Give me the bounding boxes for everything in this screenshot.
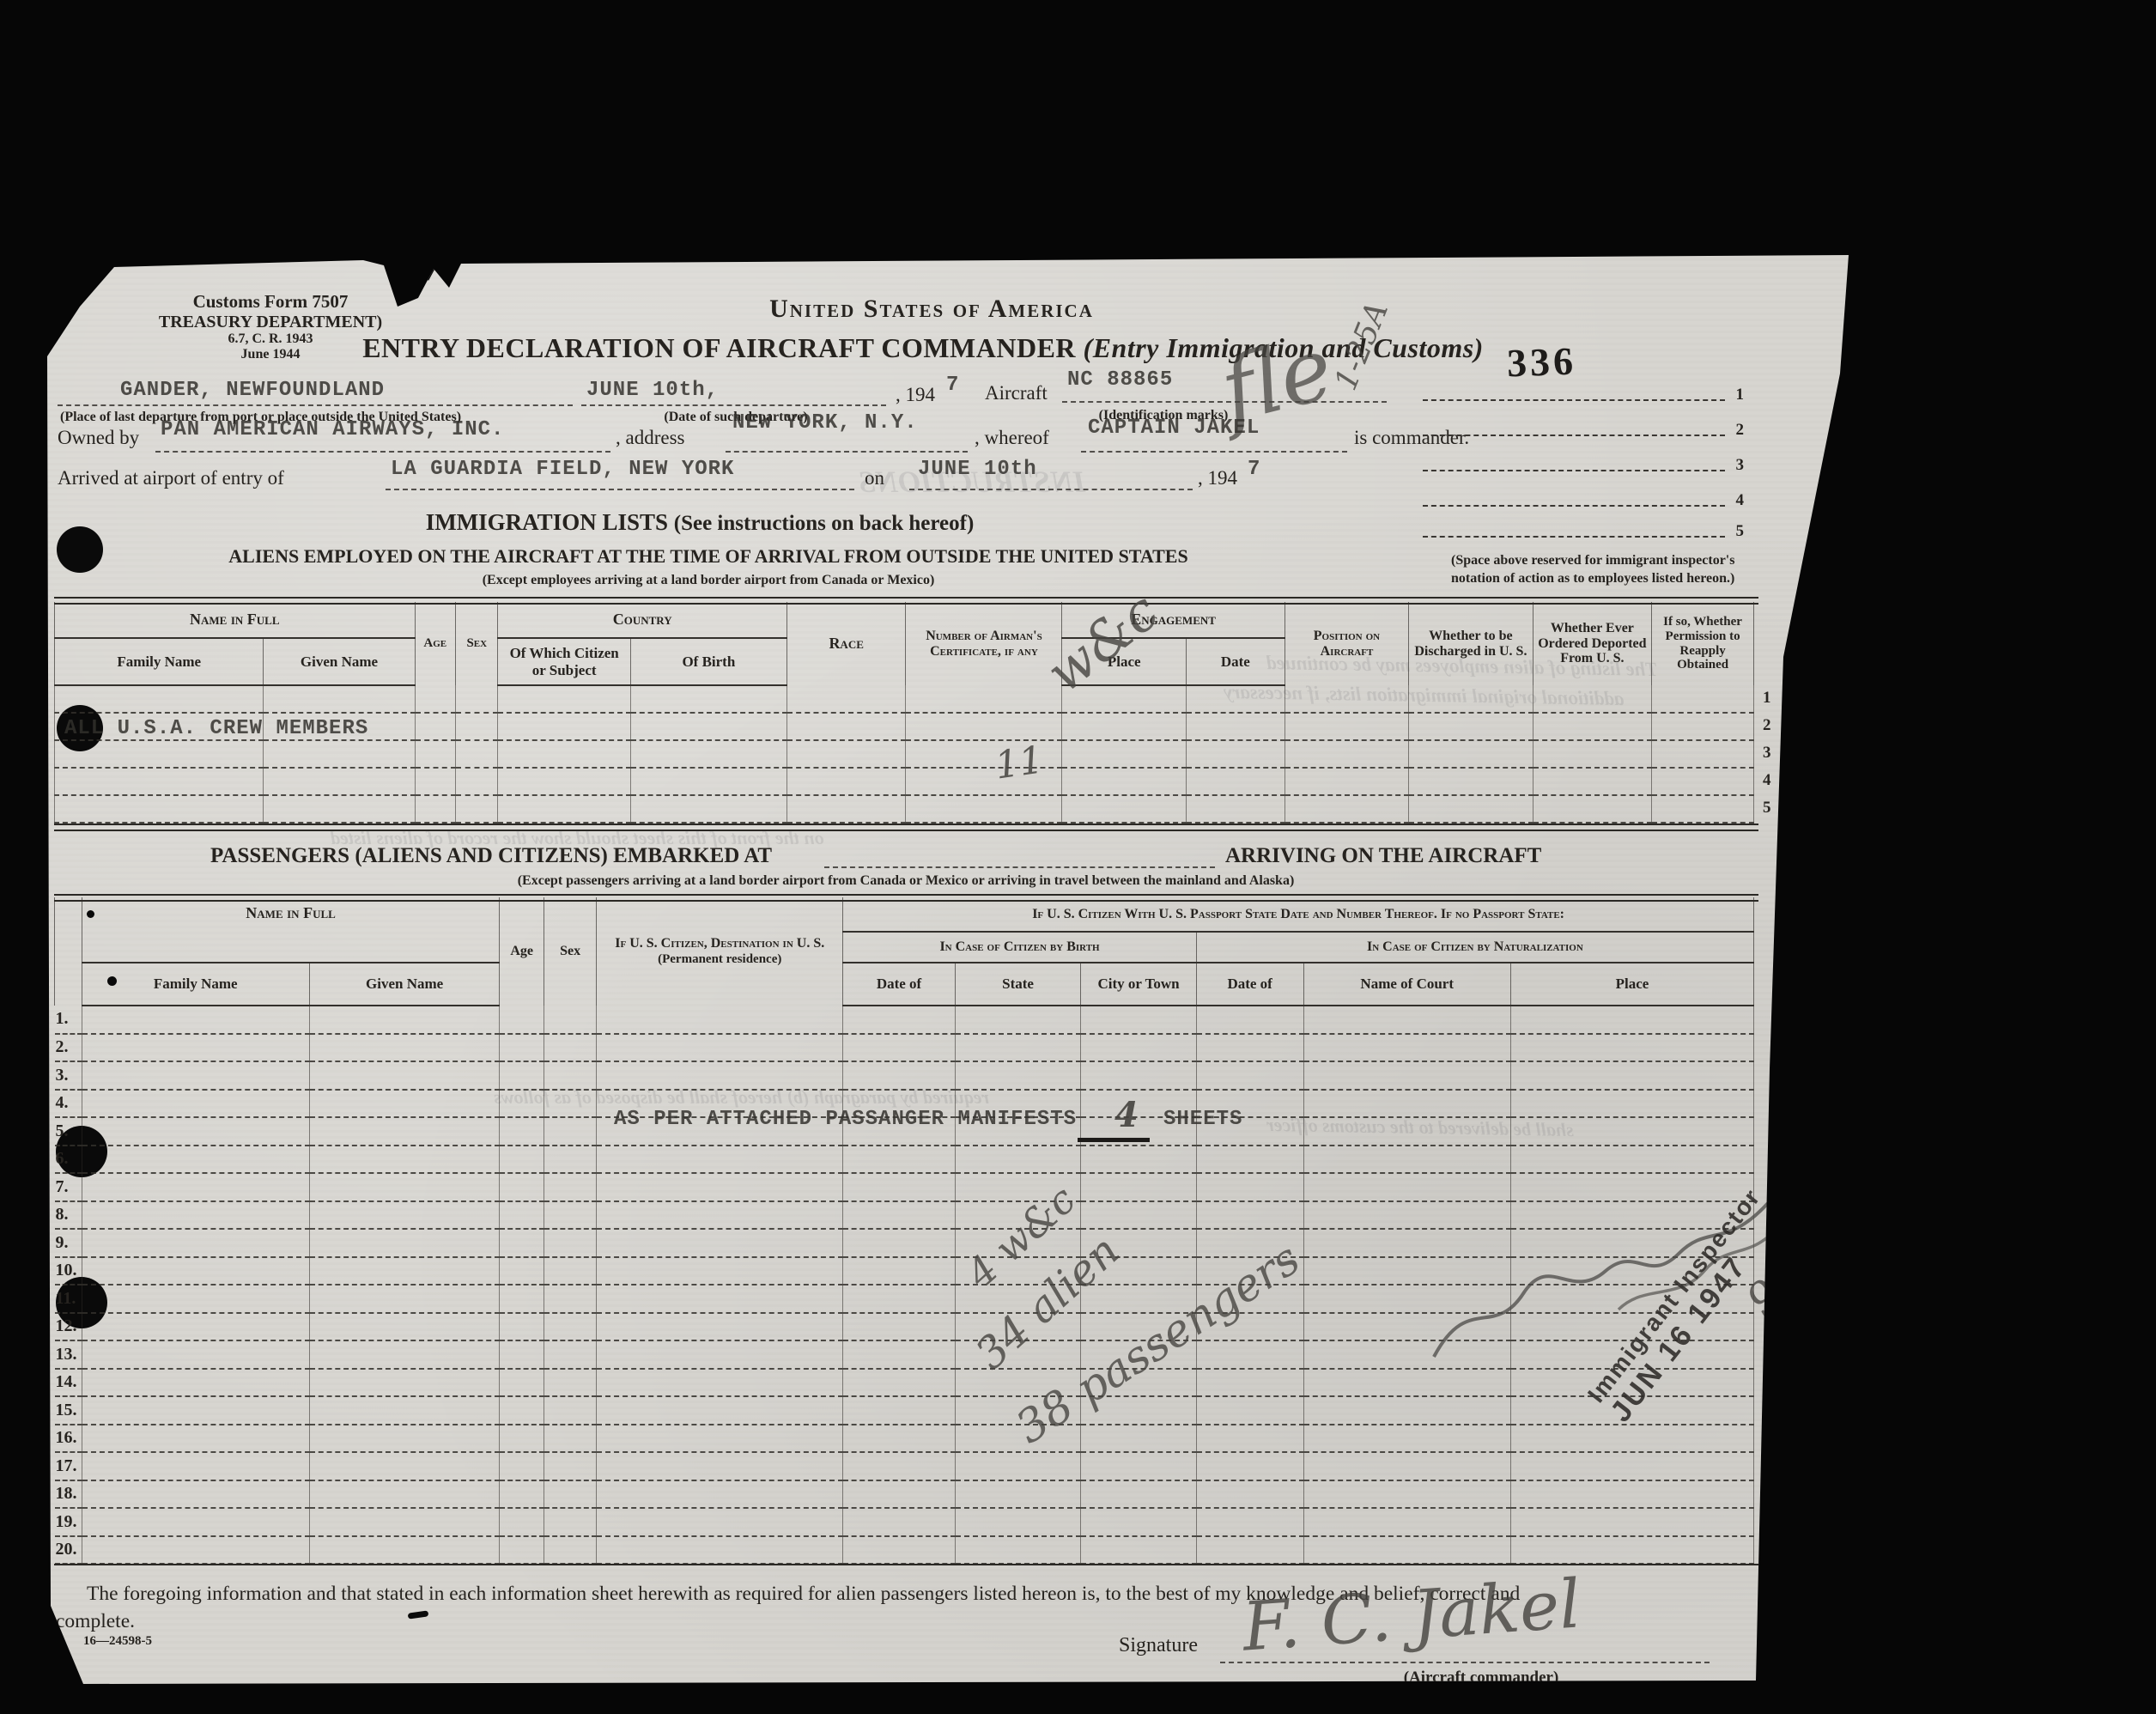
crew-cell	[55, 768, 264, 795]
passenger-table-bottom-rule	[54, 1564, 1758, 1565]
immigration-lists-title-paren: (See instructions on back hereof)	[674, 512, 975, 535]
crew-col-airman-cert: Number of Airman's Certificate, if any	[906, 602, 1062, 685]
passenger-col-name-group: Name in Full	[82, 897, 500, 963]
destination-sub: (Permanent residence)	[658, 952, 781, 966]
aircraft-commander-label: (Aircraft commander)	[1352, 1668, 1610, 1687]
crew-row-number: 3	[1763, 740, 1771, 768]
passenger-cell	[500, 1201, 544, 1230]
passenger-cell	[544, 1229, 596, 1257]
passenger-col-birth-state: State	[955, 963, 1080, 1006]
manifest-sheets-underline	[1078, 1138, 1150, 1142]
crew-col-race: Race	[786, 602, 906, 685]
commander-value: CAPTAIN JAKEL	[1088, 416, 1260, 440]
passenger-cell	[597, 1229, 843, 1257]
crew-cell	[906, 795, 1062, 823]
passenger-cell	[843, 1536, 956, 1565]
passenger-cell	[843, 1340, 956, 1369]
passenger-row-number: 11.	[55, 1285, 82, 1313]
field-line	[581, 403, 886, 406]
passenger-cell	[843, 1201, 956, 1230]
passenger-cell	[1196, 1396, 1303, 1425]
crew-row-number: 1	[1763, 685, 1771, 713]
passenger-cell	[1196, 1034, 1303, 1062]
passenger-cell	[1196, 1369, 1303, 1397]
crew-cell	[1533, 795, 1652, 823]
crew-row-numbers: 12345	[1763, 685, 1771, 823]
passenger-cell	[843, 1257, 956, 1285]
crew-col-name-group: Name in Full	[55, 602, 416, 638]
crew-cell	[630, 713, 786, 740]
passenger-cell	[544, 1396, 596, 1425]
signature-label: Signature	[1119, 1634, 1198, 1657]
passenger-row-number: 6.	[55, 1146, 82, 1174]
numbered-margin-line: 3	[1423, 468, 1725, 471]
numbered-margin-line: 5	[1423, 534, 1725, 538]
passenger-cell	[544, 1313, 596, 1341]
crew-cell	[630, 685, 786, 713]
manifest-note-post: SHEETS	[1163, 1108, 1242, 1131]
passenger-cell	[544, 1452, 596, 1480]
crew-col-citizen-of: Of Which Citizen or Subject	[498, 638, 630, 685]
passenger-col-sex: Sex	[544, 897, 596, 1006]
passenger-table-row: 19.	[55, 1508, 1754, 1536]
passenger-row-number: 16.	[55, 1425, 82, 1453]
passenger-cell	[1196, 1480, 1303, 1509]
crew-cell	[498, 795, 630, 823]
passenger-col-rownum	[55, 897, 82, 1006]
passenger-cell	[843, 1452, 956, 1480]
passenger-row-number: 10.	[55, 1257, 82, 1285]
ghost-text-line: INSTRUCTIONS	[859, 464, 1085, 500]
owned-by-label: Owned by	[58, 427, 139, 449]
crew-cell	[1062, 795, 1186, 823]
field-line	[386, 487, 854, 490]
passenger-cell	[82, 1285, 309, 1313]
passenger-cell	[500, 1061, 544, 1090]
crew-cell	[1284, 713, 1408, 740]
form-number: Customs Form 7507	[120, 292, 421, 313]
passenger-cell	[843, 1425, 956, 1453]
passenger-col-destination: If U. S. Citizen, Destination in U. S. (…	[597, 897, 843, 1006]
footer-statement-line2: complete.	[56, 1610, 135, 1633]
passenger-row-number: 12.	[55, 1313, 82, 1341]
crew-table-row	[55, 795, 1754, 823]
passenger-cell	[597, 1313, 843, 1341]
passenger-cell	[1303, 1146, 1510, 1174]
passenger-cell	[309, 1201, 500, 1230]
crew-row-number: 4	[1763, 768, 1771, 795]
passenger-row-number: 8.	[55, 1201, 82, 1230]
passenger-cell	[309, 1340, 500, 1369]
passenger-cell	[1081, 1536, 1197, 1565]
passenger-cell	[500, 1480, 544, 1509]
passenger-table-row: 2.	[55, 1034, 1754, 1062]
crew-cell	[786, 713, 906, 740]
crew-cell	[786, 768, 906, 795]
treasury-department: TREASURY DEPARTMENT)	[120, 313, 421, 331]
crew-col-reapply: If so, Whether Permission to Reapply Obt…	[1652, 602, 1754, 685]
passenger-col-nat-place: Place	[1510, 963, 1753, 1006]
aircraft-value: NC 88865	[1067, 368, 1173, 392]
crew-cell	[1186, 795, 1284, 823]
crew-cell	[906, 685, 1062, 713]
passenger-col-age: Age	[500, 897, 544, 1006]
passenger-cell	[544, 1117, 596, 1146]
passenger-cell	[309, 1257, 500, 1285]
passenger-cell	[1196, 1201, 1303, 1230]
passenger-cell	[597, 1425, 843, 1453]
passenger-cell	[843, 1369, 956, 1397]
passenger-row-number: 4.	[55, 1090, 82, 1118]
passenger-cell	[1303, 1536, 1510, 1565]
passenger-cell	[843, 1396, 956, 1425]
crew-cell	[1533, 768, 1652, 795]
passenger-cell	[1081, 1508, 1197, 1536]
passenger-cell	[82, 1146, 309, 1174]
crew-table-grid: Name in Full Age Sex Country Race Number…	[54, 602, 1754, 824]
crew-note-value: ALL U.S.A. CREW MEMBERS	[64, 717, 368, 740]
passenger-cell	[955, 1146, 1080, 1174]
ink-smudge	[408, 1610, 429, 1619]
passenger-cell	[500, 1285, 544, 1313]
passenger-col-nat-date: Date of	[1196, 963, 1303, 1006]
passenger-table-row: 17.	[55, 1452, 1754, 1480]
passenger-col-given-name: Given Name	[309, 963, 500, 1006]
passenger-cell	[500, 1313, 544, 1341]
passenger-table-row: 18.	[55, 1480, 1754, 1509]
whereof-label: , whereof	[975, 427, 1049, 449]
crew-cell	[1284, 795, 1408, 823]
passenger-cell	[843, 1508, 956, 1536]
passenger-cell	[309, 1369, 500, 1397]
passenger-col-family-name: Family Name	[82, 963, 309, 1006]
passenger-cell	[955, 1536, 1080, 1565]
crew-cell	[498, 768, 630, 795]
crew-col-age: Age	[415, 602, 455, 685]
passenger-cell	[82, 1173, 309, 1201]
field-line	[155, 449, 610, 453]
passenger-cell	[597, 1396, 843, 1425]
passenger-row-number: 7.	[55, 1173, 82, 1201]
passenger-cell	[1196, 1425, 1303, 1453]
passenger-cell	[544, 1146, 596, 1174]
passenger-cell	[955, 1452, 1080, 1480]
passenger-cell	[500, 1396, 544, 1425]
passenger-cell	[82, 1034, 309, 1062]
passenger-cell	[309, 1229, 500, 1257]
inspector-space-note-line2: notation of action as to employees liste…	[1451, 570, 1777, 588]
crew-table-bottom-rule	[54, 824, 1758, 831]
citizen-by-birth-group: In Case of Citizen by Birth	[843, 932, 1197, 963]
passenger-cell	[597, 1480, 843, 1509]
passenger-cell	[1303, 1452, 1510, 1480]
page-stamp-number: 336	[1506, 338, 1577, 386]
passenger-cell	[82, 1117, 309, 1146]
passenger-cell	[843, 1034, 956, 1062]
passenger-cell	[1196, 1006, 1303, 1034]
passenger-cell	[1510, 1452, 1753, 1480]
crew-table-row	[55, 740, 1754, 768]
passenger-cell	[1081, 1425, 1197, 1453]
passenger-cell	[597, 1006, 843, 1034]
passenger-cell	[309, 1173, 500, 1201]
citizen-by-naturalization-group: In Case of Citizen by Naturalization	[1196, 932, 1753, 963]
passenger-cell	[843, 1146, 956, 1174]
crew-cell	[456, 740, 498, 768]
passenger-cell	[1510, 1508, 1753, 1536]
crew-cell	[1533, 713, 1652, 740]
passenger-cell	[500, 1173, 544, 1201]
is-commander-label: is commander.	[1354, 427, 1469, 449]
crew-cell	[456, 713, 498, 740]
passenger-cell	[309, 1090, 500, 1118]
passenger-cell	[309, 1034, 500, 1062]
passenger-cell	[309, 1146, 500, 1174]
passenger-cell	[1196, 1061, 1303, 1090]
manifest-note-pre: AS PER ATTACHED PASSANGER MANIFESTS	[614, 1108, 1077, 1131]
ghost-text-line: required by paragraph (b) hereof shall b…	[494, 1086, 989, 1109]
passenger-cell	[843, 1480, 956, 1509]
passenger-cell	[1510, 1034, 1753, 1062]
passenger-cell	[843, 1173, 956, 1201]
crew-cell	[55, 795, 264, 823]
arrival-year-prefix: , 194	[1198, 467, 1237, 489]
crew-cell	[1062, 740, 1186, 768]
passenger-cell	[1510, 1146, 1753, 1174]
passenger-cell	[1196, 1452, 1303, 1480]
form-paper: Customs Form 7507 TREASURY DEPARTMENT) 6…	[47, 253, 1859, 1686]
passenger-cell	[1303, 1396, 1510, 1425]
crew-cell	[1062, 768, 1186, 795]
passenger-cell	[500, 1536, 544, 1565]
passenger-cell	[1081, 1173, 1197, 1201]
departure-place-value: GANDER, NEWFOUNDLAND	[120, 379, 385, 402]
passenger-cell	[82, 1480, 309, 1509]
passenger-cell	[1303, 1006, 1510, 1034]
passport-banner: If U. S. Citizen With U. S. Passport Sta…	[843, 897, 1754, 932]
hole-punch	[57, 526, 103, 573]
crew-cell	[456, 795, 498, 823]
passenger-cell	[1196, 1340, 1303, 1369]
aliens-employed-subtitle: ALIENS EMPLOYED ON THE AIRCRAFT AT THE T…	[99, 545, 1318, 568]
passenger-col-nat-court: Name of Court	[1303, 963, 1510, 1006]
passenger-cell	[500, 1257, 544, 1285]
passenger-cell	[1081, 1146, 1197, 1174]
embarked-at-line	[824, 865, 1215, 868]
crew-cell	[1652, 685, 1754, 713]
passenger-cell	[1303, 1061, 1510, 1090]
crew-col-country-group: Country	[498, 602, 786, 638]
crew-cell	[1409, 713, 1533, 740]
passenger-cell	[82, 1229, 309, 1257]
passenger-table-row: 3.	[55, 1061, 1754, 1090]
crew-cell	[1186, 768, 1284, 795]
crew-cell	[1409, 768, 1533, 795]
crew-cell	[1186, 713, 1284, 740]
passenger-row-number: 3.	[55, 1061, 82, 1090]
passenger-cell	[597, 1285, 843, 1313]
passenger-cell	[597, 1201, 843, 1230]
crew-cell	[498, 740, 630, 768]
inspector-space-note-line1: (Space above reserved for immigrant insp…	[1451, 552, 1777, 570]
passenger-cell	[500, 1452, 544, 1480]
crew-cell	[264, 685, 415, 713]
passenger-cell	[309, 1480, 500, 1509]
passenger-cell	[843, 1061, 956, 1090]
passenger-cell	[1196, 1508, 1303, 1536]
passenger-cell	[597, 1146, 843, 1174]
passenger-cell	[1081, 1452, 1197, 1480]
departure-date-value: JUNE 10th,	[586, 379, 719, 402]
passenger-cell	[82, 1452, 309, 1480]
passenger-cell	[597, 1257, 843, 1285]
passenger-cell	[544, 1034, 596, 1062]
passenger-cell	[82, 1396, 309, 1425]
passenger-cell	[500, 1117, 544, 1146]
passenger-cell	[1303, 1090, 1510, 1118]
passenger-cell	[955, 1006, 1080, 1034]
numbered-margin-line: 2	[1423, 433, 1725, 436]
passenger-cell	[1196, 1146, 1303, 1174]
crew-cell	[415, 795, 455, 823]
passenger-cell	[955, 1034, 1080, 1062]
crew-cell	[264, 768, 415, 795]
passenger-cell	[843, 1006, 956, 1034]
arriving-title: ARRIVING ON THE AIRCRAFT	[1225, 844, 1541, 868]
destination-main: If U. S. Citizen, Destination in U. S.	[615, 936, 824, 951]
passenger-row-number: 9.	[55, 1229, 82, 1257]
manifest-sheets-count: 4	[1114, 1095, 1139, 1135]
crew-cell	[55, 740, 264, 768]
passenger-cell	[309, 1452, 500, 1480]
passenger-cell	[500, 1340, 544, 1369]
passenger-cell	[82, 1006, 309, 1034]
passenger-cell	[597, 1452, 843, 1480]
crew-cell	[786, 795, 906, 823]
crew-table-row	[55, 768, 1754, 795]
passenger-cell	[1510, 1090, 1753, 1118]
passenger-cell	[597, 1536, 843, 1565]
passenger-cell	[544, 1201, 596, 1230]
except-passengers-note: (Except passengers arriving at a land bo…	[99, 873, 1713, 889]
passenger-cell	[500, 1508, 544, 1536]
crew-cell	[456, 768, 498, 795]
passenger-cell	[955, 1061, 1080, 1090]
crew-cell	[264, 795, 415, 823]
passenger-cell	[82, 1536, 309, 1565]
passenger-cell	[1081, 1480, 1197, 1509]
crew-cell	[456, 685, 498, 713]
crew-cell	[630, 768, 786, 795]
crew-col-family-name: Family Name	[55, 638, 264, 685]
owner-value: PAN AMERICAN AIRWAYS, INC.	[161, 418, 504, 441]
passenger-cell	[500, 1034, 544, 1062]
passenger-cell	[544, 1369, 596, 1397]
crew-cell	[1652, 795, 1754, 823]
crew-cell	[55, 685, 264, 713]
numbered-margin-line: 1	[1423, 398, 1725, 401]
year-prefix: , 194	[896, 384, 935, 406]
passenger-cell	[1510, 1536, 1753, 1565]
crew-cell	[1409, 740, 1533, 768]
passenger-cell	[843, 1229, 956, 1257]
passenger-cell	[82, 1369, 309, 1397]
country-title: United States of America	[605, 295, 1258, 324]
passenger-cell	[309, 1117, 500, 1146]
passenger-cell	[82, 1340, 309, 1369]
field-line	[726, 449, 968, 453]
passenger-cell	[597, 1173, 843, 1201]
passenger-row-number: 2.	[55, 1034, 82, 1062]
passenger-cell	[1303, 1425, 1510, 1453]
passenger-cell	[1303, 1034, 1510, 1062]
passenger-cell	[82, 1201, 309, 1230]
passenger-row-number: 20.	[55, 1536, 82, 1565]
crew-cell	[498, 713, 630, 740]
main-title-text: ENTRY DECLARATION OF AIRCRAFT COMMANDER	[362, 332, 1083, 363]
crew-cell	[906, 713, 1062, 740]
passenger-col-birth-city: City or Town	[1081, 963, 1197, 1006]
passenger-cell	[1081, 1061, 1197, 1090]
crew-col-given-name: Given Name	[264, 638, 415, 685]
passenger-cell	[82, 1061, 309, 1090]
ghost-text-line: on the front of this sheet should show t…	[331, 827, 824, 849]
crew-cell	[1284, 768, 1408, 795]
passenger-cell	[544, 1425, 596, 1453]
passenger-row-number: 15.	[55, 1396, 82, 1425]
passenger-cell	[597, 1369, 843, 1397]
passenger-cell	[500, 1425, 544, 1453]
crew-cell	[1409, 795, 1533, 823]
passenger-cell	[544, 1508, 596, 1536]
passenger-row-number: 1.	[55, 1006, 82, 1034]
crew-tally-count: 11	[993, 738, 1047, 787]
passenger-cell	[309, 1425, 500, 1453]
passenger-table-row: 16.	[55, 1425, 1754, 1453]
scanned-document-page: Customs Form 7507 TREASURY DEPARTMENT) 6…	[0, 0, 2156, 1714]
passenger-cell	[500, 1229, 544, 1257]
crew-cell	[786, 740, 906, 768]
passenger-row-number: 19.	[55, 1508, 82, 1536]
crew-col-birth-of: Of Birth	[630, 638, 786, 685]
crew-cell	[1652, 768, 1754, 795]
passenger-cell	[955, 1508, 1080, 1536]
passenger-cell	[544, 1173, 596, 1201]
passenger-table-row: 6.	[55, 1146, 1754, 1174]
address-label: , address	[616, 427, 684, 449]
passenger-cell	[309, 1536, 500, 1565]
passenger-cell	[597, 1034, 843, 1062]
passenger-cell	[1510, 1425, 1753, 1453]
crew-cell	[1652, 740, 1754, 768]
passenger-cell	[544, 1340, 596, 1369]
passenger-row-number: 13.	[55, 1340, 82, 1369]
passenger-cell	[309, 1061, 500, 1090]
passenger-cell	[1510, 1480, 1753, 1509]
passenger-cell	[500, 1006, 544, 1034]
crew-cell	[264, 740, 415, 768]
passenger-cell	[544, 1061, 596, 1090]
passenger-table-row: 14.	[55, 1369, 1754, 1397]
passenger-table-row: 15.	[55, 1396, 1754, 1425]
crew-cell	[415, 740, 455, 768]
immigration-lists-title-text: IMMIGRATION LISTS	[426, 509, 668, 535]
passenger-col-birth-date: Date of	[843, 963, 956, 1006]
passenger-cell	[1081, 1201, 1197, 1230]
passenger-cell	[1196, 1173, 1303, 1201]
passenger-row-number: 5.	[55, 1117, 82, 1146]
passenger-cell	[544, 1257, 596, 1285]
